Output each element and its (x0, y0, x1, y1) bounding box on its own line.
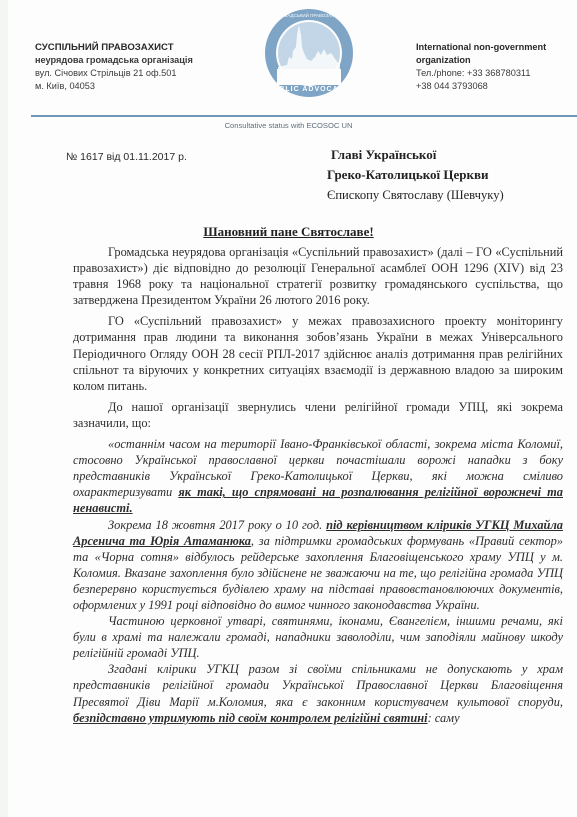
paragraph-project: ГО «Суспільний правозахист» у межах прав… (73, 313, 563, 393)
addressee-line-3: Єпископу Святославу (Шевчуку) (323, 185, 504, 205)
header-divider (31, 115, 577, 117)
public-advocacy-logo-icon: PUBLIC ADVOCACY ГРОМАДСЬКИЙ ПРАВОЗАХИСТ (263, 7, 355, 99)
quote-paragraph-2: Зокрема 18 жовтня 2017 року о 10 год. пі… (73, 517, 563, 614)
quote-4-emphasis: безпідставно утримують під своїм контрол… (73, 711, 428, 725)
address-line-1: вул. Січових Стрільців 21 оф.501 (35, 67, 193, 80)
salutation: Шановний пане Святославе! (0, 224, 577, 240)
org-info-left: СУСПІЛЬНИЙ ПРАВОЗАХИСТ неурядова громадс… (35, 41, 193, 93)
quote-2-text: Зокрема 18 жовтня 2017 року о 10 год. (108, 518, 326, 532)
address-line-2: м. Київ, 04053 (35, 80, 193, 93)
addressee-block: Главі Української Греко-Католицької Церк… (323, 145, 504, 205)
paragraph-appeal: До нашої організації звернулись члени ре… (73, 399, 563, 431)
intl-org-type-line-2: organization (416, 54, 546, 67)
quote-paragraph-1: «останнім часом на території Івано-Франк… (73, 436, 563, 516)
org-name: СУСПІЛЬНИЙ ПРАВОЗАХИСТ (35, 41, 193, 54)
org-type: неурядова громадська організація (35, 54, 193, 67)
svg-text:PUBLIC ADVOCACY: PUBLIC ADVOCACY (268, 86, 351, 93)
phone-1: Тел./phone: +33 368780311 (416, 67, 546, 80)
phone-2: +38 044 3793068 (416, 80, 546, 93)
quote-paragraph-3: Частиною церковної утварі, святинями, ік… (73, 613, 563, 661)
letter-page: СУСПІЛЬНИЙ ПРАВОЗАХИСТ неурядова громадс… (8, 0, 577, 817)
ecosoc-status: Consultative status with ECOSOC UN (0, 121, 577, 130)
org-info-right: International non-government organizatio… (416, 41, 546, 93)
svg-text:ГРОМАДСЬКИЙ ПРАВОЗАХИСТ: ГРОМАДСЬКИЙ ПРАВОЗАХИСТ (275, 11, 344, 18)
quote-paragraph-4: Згадані клірики УГКЦ разом зі своїми спі… (73, 661, 563, 725)
paragraph-legal-basis: Громадська неурядова організація «Суспіл… (73, 244, 563, 308)
addressee-line-1: Главі Української (323, 145, 504, 165)
quote-4-text-end: : саму (428, 711, 460, 725)
letter-body: Громадська неурядова організація «Суспіл… (73, 244, 563, 726)
intl-org-type-line-1: International non-government (416, 41, 546, 54)
letter-reference: № 1617 від 01.11.2017 р. (66, 151, 187, 163)
quote-4-text: Згадані клірики УГКЦ разом зі своїми спі… (73, 662, 563, 708)
addressee-line-2: Греко-Католицької Церкви (323, 165, 504, 185)
